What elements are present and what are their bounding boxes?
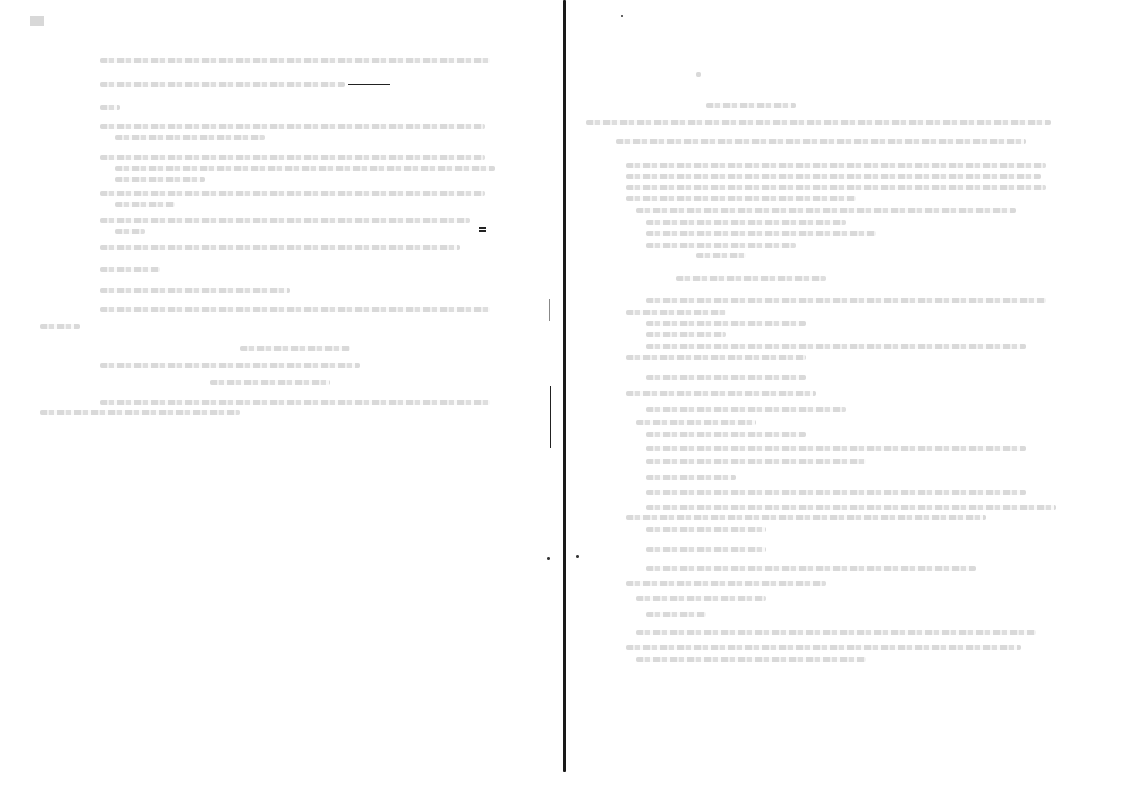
- right-page-text-line: [illegible]: [646, 298, 1046, 303]
- left-page-text-line: [illegible]: [100, 267, 160, 272]
- right-page-text-line: [illegible]: [646, 566, 976, 571]
- left-page-text-line: [illegible]: [240, 346, 350, 351]
- left-page-text-line: [illegible]: [100, 400, 490, 405]
- right-page-text-line: [illegible]: [636, 420, 756, 425]
- right-page-text-line: [illegible]: [626, 581, 826, 586]
- right-page-text-line: [illegible]: [636, 596, 766, 601]
- right-page-text-line: [illegible]: [646, 547, 766, 552]
- page-corner-mark: [illegible]: [30, 16, 44, 26]
- left-page-text-line: [illegible]: [115, 202, 175, 207]
- right-page-text-line: [illegible]: [586, 120, 1051, 125]
- right-page-text-line: [illegible]: [616, 139, 1026, 144]
- right-page-text-line: [illegible]: [636, 657, 866, 662]
- right-page-text-line: [illegible]: [646, 490, 1026, 495]
- left-page-text-line: [illegible]: [100, 58, 490, 63]
- scan-speck: [547, 557, 550, 560]
- left-page-text-line: [illegible]: [100, 191, 485, 196]
- right-page-text-line: [illegible]: [626, 174, 1041, 179]
- right-page-text-line: [illegible]: [676, 276, 826, 281]
- right-page-text-line: [illegible]: [646, 220, 846, 225]
- left-page-text-line: [illegible]: [40, 324, 80, 329]
- left-page-text-line: [illegible]: [100, 155, 485, 160]
- left-page-text-line: [illegible]: [40, 410, 240, 415]
- left-page-text-line: [illegible]: [100, 82, 345, 87]
- right-page-text-line: [illegible]: [706, 103, 796, 108]
- left-page-text-line: [illegible]: [100, 288, 290, 293]
- right-page-text-line: [illegible]: [626, 515, 986, 520]
- right-page-text-line: [illegible]: [626, 185, 1046, 190]
- right-page-text-line: [illegible]: [626, 310, 726, 315]
- right-page-text-line: [illegible]: [626, 196, 856, 201]
- left-page: [illegible] [illegible][illegible][illeg…: [0, 0, 564, 794]
- right-page-text-line: [illegible]: [646, 231, 876, 236]
- right-page-text-line: [illegible]: [636, 630, 1036, 635]
- right-page-text-line: [illegible]: [626, 391, 816, 396]
- right-page-text-line: [illegible]: [626, 645, 1021, 650]
- right-page-text-line: [illegible]: [646, 344, 1026, 349]
- margin-rule-long: [550, 386, 551, 448]
- right-page-text-line: [illegible]: [646, 332, 726, 337]
- left-page-text-line: [illegible]: [100, 307, 490, 312]
- right-page-text-line: [illegible]: [696, 72, 701, 77]
- right-page-text-line: [illegible]: [646, 612, 706, 617]
- left-page-text-line: [illegible]: [115, 177, 205, 182]
- left-page-text-line: [illegible]: [115, 229, 145, 234]
- right-page-text-line: [illegible]: [696, 253, 746, 258]
- right-page-text-line: [illegible]: [646, 432, 806, 437]
- left-page-text-line: [illegible]: [115, 135, 265, 140]
- right-page-heading: [illegible]: [566, 0, 567, 1]
- right-page-text-line: [illegible]: [626, 355, 806, 360]
- equals-mark: [479, 227, 486, 229]
- right-page-text-line: [illegible]: [626, 163, 1046, 168]
- left-page-text-line: [illegible]: [100, 124, 485, 129]
- right-page-text-line: [illegible]: [636, 208, 1016, 213]
- underline-rule: [348, 84, 390, 85]
- right-page-text-line: [illegible]: [646, 446, 1026, 451]
- right-page-text-line: [illegible]: [646, 505, 1056, 510]
- left-page-text-line: [illegible]: [210, 380, 330, 385]
- left-page-text-line: [illegible]: [100, 105, 120, 110]
- right-page-text-line: [illegible]: [646, 407, 846, 412]
- left-page-text-line: [illegible]: [100, 245, 460, 250]
- scan-speck: [621, 15, 623, 17]
- right-page-text-line: [illegible]: [646, 459, 866, 464]
- scan-speck: [576, 555, 579, 558]
- margin-rule-short: [549, 299, 550, 321]
- right-page-text-line: [illegible]: [646, 321, 806, 326]
- left-page-text-line: [illegible]: [100, 218, 470, 223]
- right-page: [illegible] [illegible][illegible][illeg…: [566, 0, 1123, 794]
- right-page-text-line: [illegible]: [646, 527, 766, 532]
- left-page-text-line: [illegible]: [115, 166, 495, 171]
- right-page-text-line: [illegible]: [646, 475, 736, 480]
- right-page-text-line: [illegible]: [646, 375, 806, 380]
- left-page-text-line: [illegible]: [100, 363, 360, 368]
- right-page-text-line: [illegible]: [646, 243, 796, 248]
